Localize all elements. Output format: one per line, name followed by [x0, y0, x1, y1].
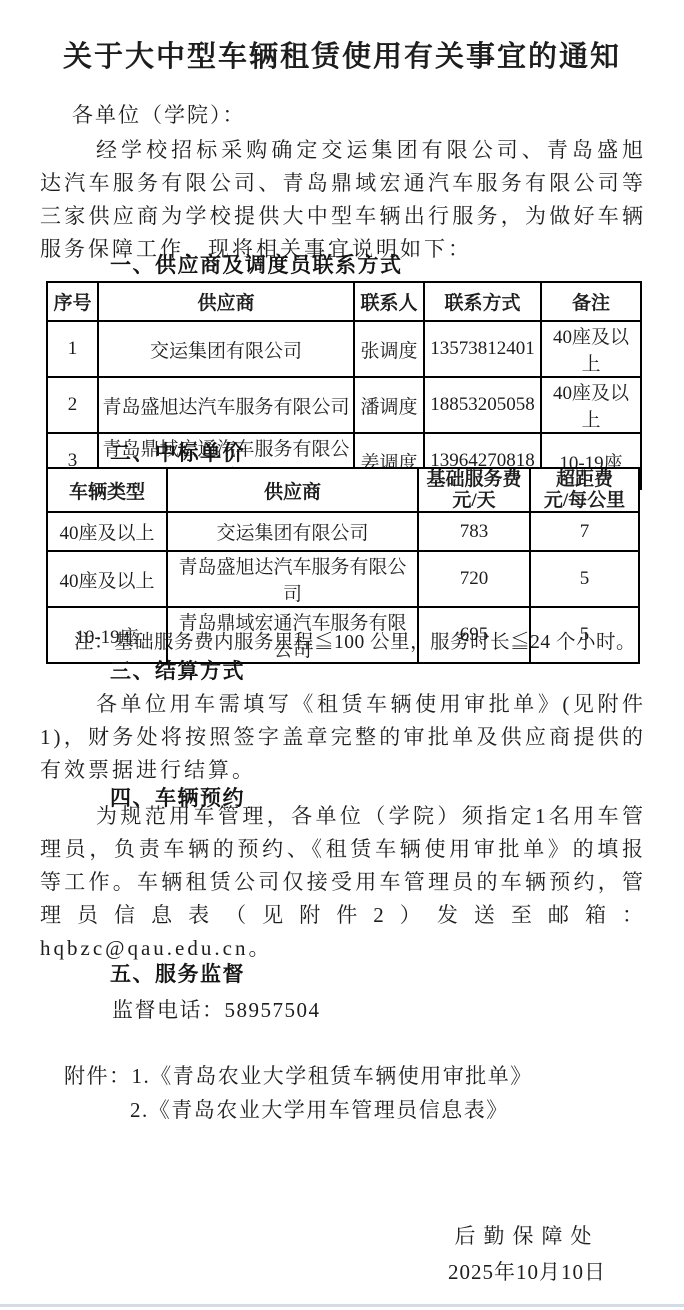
table-row: 40座及以上 青岛盛旭达汽车服务有限公司 720 5 — [47, 551, 639, 607]
section1-heading: 一、供应商及调度员联系方式 — [110, 253, 403, 279]
header-line1: 基础服务费 — [421, 469, 527, 490]
cell-base-fee: 720 — [418, 551, 530, 607]
table2-footnote: 注：基础服务费内服务里程≦100 公里，服务时长≦24 个小时。 — [74, 630, 676, 656]
col-header-vehicle-type: 车辆类型 — [47, 468, 167, 512]
cell-contact-person: 张调度 — [354, 321, 424, 377]
table-header-row: 序号 供应商 联系人 联系方式 备注 — [47, 282, 641, 321]
cell-supplier: 交运集团有限公司 — [98, 321, 354, 377]
cell-supplier: 交运集团有限公司 — [167, 512, 418, 551]
col-header-contact-person: 联系人 — [354, 282, 424, 321]
notice-document-page: { "colors": { "page_bg": "#ffffff", "tex… — [0, 0, 684, 1310]
issuing-department: 后勤保障处 — [420, 1222, 634, 1250]
cell-remark: 40座及以上 — [541, 321, 641, 377]
header-line1: 超距费 — [533, 469, 636, 490]
col-header-supplier: 供应商 — [167, 468, 418, 512]
cell-vehicle-type: 40座及以上 — [47, 512, 167, 551]
col-header-base-fee: 基础服务费 元/天 — [418, 468, 530, 512]
col-header-contact-phone: 联系方式 — [424, 282, 541, 321]
page-title: 关于大中型车辆租赁使用有关事宜的通知 — [0, 34, 684, 80]
issue-date: 2025年10月10日 — [420, 1258, 634, 1286]
section3-heading: 三、结算方式 — [110, 659, 245, 685]
intro-paragraph: 经学校招标采购确定交运集团有限公司、青岛盛旭达汽车服务有限公司、青岛鼎域宏通汽车… — [40, 134, 646, 266]
table-row: 1 交运集团有限公司 张调度 13573812401 40座及以上 — [47, 321, 641, 377]
header-line2: 元/天 — [421, 490, 527, 511]
section3-paragraph: 各单位用车需填写《租赁车辆使用审批单》(见附件1)，财务处将按照签字盖章完整的审… — [40, 688, 646, 787]
cell-base-fee: 783 — [418, 512, 530, 551]
supervision-phone: 监督电话：58957504 — [112, 996, 321, 1024]
cell-supplier: 青岛盛旭达汽车服务有限公司 — [167, 551, 418, 607]
salutation: 各单位（学院）： — [72, 100, 246, 130]
section5-heading: 五、服务监督 — [110, 962, 245, 988]
scan-edge-artifact — [0, 1304, 684, 1307]
col-header-remark: 备注 — [541, 282, 641, 321]
cell-over-distance-fee: 7 — [530, 512, 639, 551]
cell-over-distance-fee: 5 — [530, 551, 639, 607]
cell-contact-phone: 13573812401 — [424, 321, 541, 377]
cell-supplier: 青岛盛旭达汽车服务有限公司 — [98, 377, 354, 433]
col-header-over-distance-fee: 超距费 元/每公里 — [530, 468, 639, 512]
cell-vehicle-type: 40座及以上 — [47, 551, 167, 607]
cell-contact-person: 潘调度 — [354, 377, 424, 433]
attachment-line-1: 附件：1.《青岛农业大学租赁车辆使用审批单》 — [64, 1062, 533, 1090]
cell-index: 1 — [47, 321, 98, 377]
cell-remark: 40座及以上 — [541, 377, 641, 433]
section2-heading: 二、中标单价 — [110, 441, 245, 467]
cell-index: 2 — [47, 377, 98, 433]
col-header-index: 序号 — [47, 282, 98, 321]
cell-contact-phone: 18853205058 — [424, 377, 541, 433]
section4-paragraph: 为规范用车管理，各单位（学院）须指定1名用车管理员，负责车辆的预约、《租赁车辆使… — [40, 800, 646, 965]
table-header-row: 车辆类型 供应商 基础服务费 元/天 超距费 元/每公里 — [47, 468, 639, 512]
attachment-line-2: 2.《青岛农业大学用车管理员信息表》 — [130, 1096, 509, 1124]
header-line2: 元/每公里 — [533, 490, 636, 511]
table-row: 2 青岛盛旭达汽车服务有限公司 潘调度 18853205058 40座及以上 — [47, 377, 641, 433]
table-row: 40座及以上 交运集团有限公司 783 7 — [47, 512, 639, 551]
col-header-supplier: 供应商 — [98, 282, 354, 321]
